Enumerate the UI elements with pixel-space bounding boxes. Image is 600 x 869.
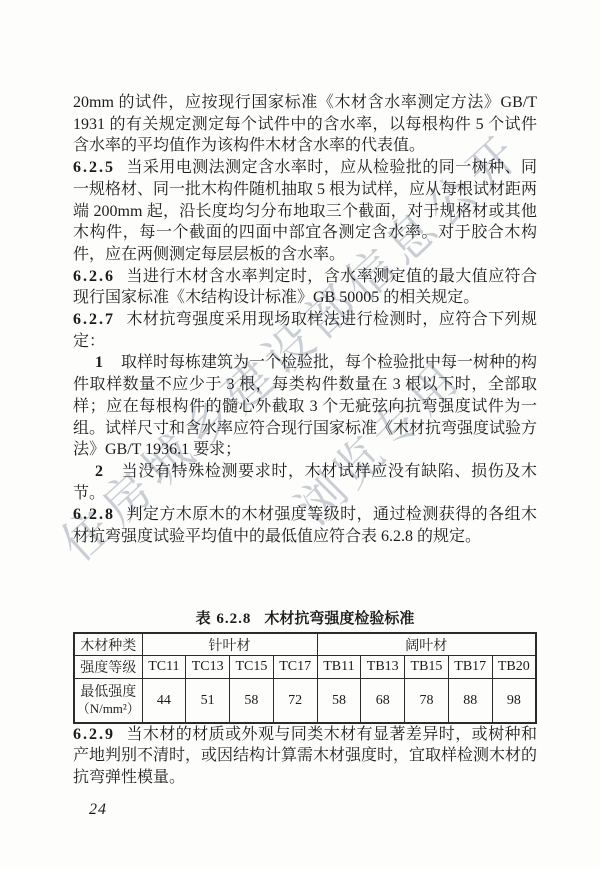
table-row-species: 木材种类 针叶材 阔叶材 <box>74 633 536 656</box>
section-text: 当采用电测法测定含水率时，应从检验批的同一树种、同一规格材、同一批木构件随机抽取… <box>73 159 537 263</box>
section-text: 判定方木原木的木材强度等级时，通过检测获得的各组木材抗弯强度试验平均值中的最低值… <box>73 506 537 545</box>
section-6-2-5: 6.2.5当采用电测法测定含水率时，应从检验批的同一树种、同一规格材、同一批木构… <box>73 157 537 266</box>
page-content: 20mm 的试件，应按现行国家标准《木材含水率测定方法》GB/T 1931 的有… <box>73 92 537 819</box>
value-cell: 51 <box>186 679 230 723</box>
grade-cell: TB15 <box>405 656 449 679</box>
paragraph-continuation: 20mm 的试件，应按现行国家标准《木材含水率测定方法》GB/T 1931 的有… <box>73 92 537 157</box>
section-text: 当进行木材含水率判定时，含水率测定值的最大值应符合现行国家标准《木结构设计标准》… <box>73 268 537 307</box>
section-6-2-8: 6.2.8判定方木原木的木材强度等级时，通过检测获得的各组木材抗弯强度试验平均值… <box>73 504 537 547</box>
grade-cell: TB20 <box>492 656 536 679</box>
value-cell: 44 <box>142 679 186 723</box>
table-header-grade: 强度等级 <box>74 656 142 679</box>
item-number: 1 <box>95 354 103 371</box>
section-number: 6.2.8 <box>73 506 115 523</box>
table-header-species: 木材种类 <box>74 633 142 656</box>
paragraph-text: 20mm 的试件，应按现行国家标准《木材含水率测定方法》GB/T 1931 的有… <box>73 94 537 154</box>
item-text: 取样时每栋建筑为一个检验批，每个检验批中每一树种的构件取样数量不应少于 3 根，… <box>73 354 537 458</box>
section-6-2-7: 6.2.7木材抗弯强度采用现场取样法进行检测时，应符合下列规定： <box>73 309 537 352</box>
grade-cell: TC11 <box>142 656 186 679</box>
section-text: 木材抗弯强度采用现场取样法进行检测时，应符合下列规定： <box>73 311 537 350</box>
table-caption-title: 木材抗弯强度检验标准 <box>264 611 414 627</box>
grade-cell: TC13 <box>186 656 230 679</box>
min-strength-label: 最低强度 <box>75 684 142 701</box>
section-number: 6.2.5 <box>73 159 115 176</box>
grade-cell: TB17 <box>448 656 492 679</box>
table-header-min-strength: 最低强度 （N/mm²） <box>74 679 142 723</box>
grade-cell: TB13 <box>361 656 405 679</box>
list-item-1: 1取样时每栋建筑为一个检验批，每个检验批中每一树种的构件取样数量不应少于 3 根… <box>73 352 537 461</box>
list-item-2: 2当没有特殊检测要求时，木材试样应没有缺陷、损伤及木节。 <box>73 461 537 504</box>
strength-table: 木材种类 针叶材 阔叶材 强度等级 TC11 TC13 TC15 TC17 TB… <box>73 632 537 724</box>
min-strength-unit: （N/mm²） <box>75 701 142 717</box>
table-group-softwood: 针叶材 <box>142 633 317 656</box>
section-text: 当木材的材质或外观与同类木材有显著差异时，或树种和产地判别不清时，或因结构计算需… <box>73 726 537 786</box>
value-cell: 98 <box>492 679 536 723</box>
value-cell: 68 <box>361 679 405 723</box>
section-number: 6.2.9 <box>73 726 115 743</box>
table-caption-label: 表 6.2.8 <box>196 611 252 627</box>
document-page: 住房城乡建设部信息公开 浏览专用 20mm 的试件，应按现行国家标准《木材含水率… <box>0 0 600 869</box>
value-cell: 58 <box>317 679 361 723</box>
value-cell: 88 <box>448 679 492 723</box>
grade-cell: TB11 <box>317 656 361 679</box>
table-row-grades: 强度等级 TC11 TC13 TC15 TC17 TB11 TB13 TB15 … <box>74 656 536 679</box>
grade-cell: TC15 <box>230 656 274 679</box>
item-text: 当没有特殊检测要求时，木材试样应没有缺陷、损伤及木节。 <box>73 463 537 502</box>
section-6-2-6: 6.2.6当进行木材含水率判定时，含水率测定值的最大值应符合现行国家标准《木结构… <box>73 266 537 309</box>
value-cell: 72 <box>273 679 317 723</box>
value-cell: 78 <box>405 679 449 723</box>
page-number: 24 <box>89 801 537 819</box>
table-caption: 表 6.2.8木材抗弯强度检验标准 <box>73 610 537 628</box>
table-row-values: 最低强度 （N/mm²） 44 51 58 72 58 68 78 88 98 <box>74 679 536 723</box>
table-group-hardwood: 阔叶材 <box>317 633 536 656</box>
section-6-2-9: 6.2.9当木材的材质或外观与同类木材有显著差异时，或树种和产地判别不清时，或因… <box>73 724 537 789</box>
section-number: 6.2.6 <box>73 268 115 285</box>
value-cell: 58 <box>230 679 274 723</box>
section-number: 6.2.7 <box>73 311 115 328</box>
grade-cell: TC17 <box>273 656 317 679</box>
item-number: 2 <box>95 463 103 480</box>
